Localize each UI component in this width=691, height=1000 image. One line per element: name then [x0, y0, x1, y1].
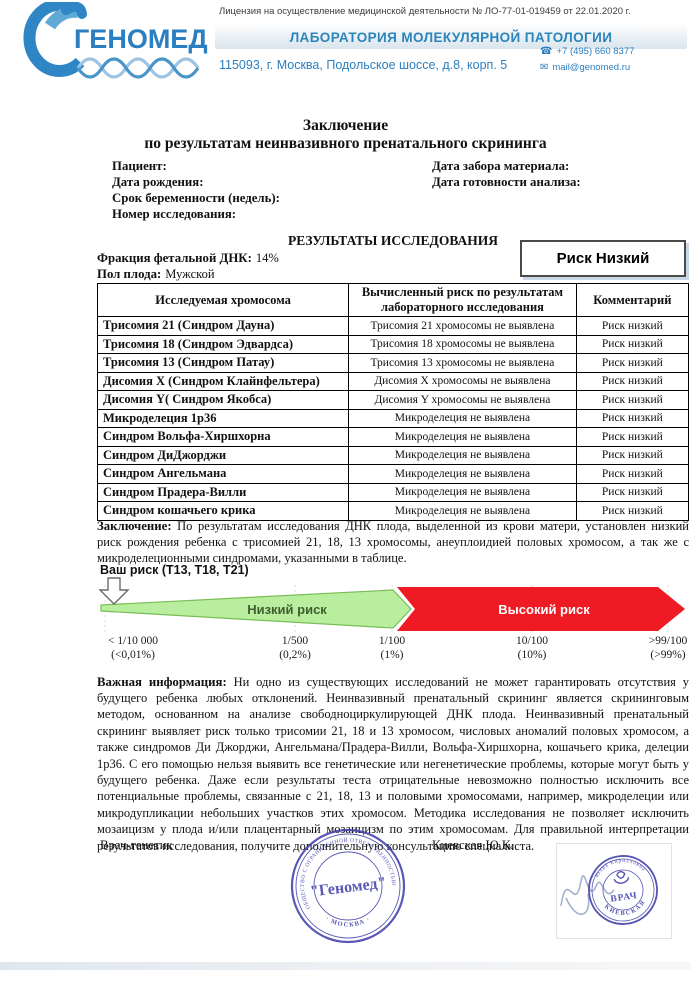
table-row: Микроделеция 1p36Микроделеция не выявлен… [98, 409, 689, 428]
cell-chromosome: Трисомия 21 (Синдром Дауна) [98, 317, 349, 336]
logo-graphic: ГЕНОМЕД [16, 2, 216, 90]
cell-risk: Микроделеция не выявлена [349, 483, 577, 502]
cell-comment: Риск низкий [576, 428, 688, 447]
cell-comment: Риск низкий [576, 409, 688, 428]
doctor-title: Врач-генетик [100, 838, 173, 853]
cell-chromosome: Синдром Вольфа-Хиршхорна [98, 428, 349, 447]
cell-comment: Риск низкий [576, 391, 688, 410]
cell-risk: Микроделеция не выявлена [349, 409, 577, 428]
tick-percent: (<0,01%) [108, 648, 158, 662]
cell-chromosome: Синдром ДиДжорджи [98, 446, 349, 465]
logo-text: ГЕНОМЕД [74, 24, 208, 54]
field-sample-date: Дата забора материала: [432, 159, 569, 174]
cell-risk: Дисомия Y хромосомы не выявлена [349, 391, 577, 410]
report-title-line2: по результатам неинвазивного пренатально… [0, 135, 691, 153]
company-round-stamp: ОБЩЕСТВО С ОГРАНИЧЕННОЙ ОТВЕТСТВЕННОСТЬЮ… [288, 826, 408, 946]
cell-risk: Микроделеция не выявлена [349, 428, 577, 447]
tick-percent: (10%) [516, 648, 548, 662]
table-row: Синдром АнгельманаМикроделеция не выявле… [98, 465, 689, 484]
contact-phone: ☎+7 (495) 660 8377 [540, 46, 634, 57]
cell-chromosome: Синдром Ангельмана [98, 465, 349, 484]
company-stamp-city-text: · МОСКВА · [324, 915, 372, 928]
cell-risk: Микроделеция не выявлена [349, 465, 577, 484]
cell-chromosome: Дисомия X (Синдром Клайнфельтера) [98, 372, 349, 391]
tick-ratio: 1/500 [279, 634, 311, 648]
cell-risk: Трисомия 18 хромосомы не выявлена [349, 335, 577, 354]
important-info-label: Важная информация: [97, 675, 227, 689]
table-row: Трисомия 21 (Синдром Дауна)Трисомия 21 х… [98, 317, 689, 336]
cell-comment: Риск низкий [576, 354, 688, 373]
tick-ratio: < 1/10 000 [108, 634, 158, 648]
low-risk-label: Низкий риск [247, 602, 327, 617]
dna-helix-icon [78, 59, 198, 77]
cell-comment: Риск низкий [576, 465, 688, 484]
doctor-stamp-frame: Юлия Кирилловна КИЕВСКАЯ ВРАЧ [556, 843, 672, 939]
tick-ratio: 1/100 [379, 634, 405, 648]
footer-bar [0, 962, 691, 970]
field-ready-date: Дата готовности анализа: [432, 175, 581, 190]
cell-chromosome: Трисомия 13 (Синдром Патау) [98, 354, 349, 373]
report-title-line1: Заключение [0, 117, 691, 135]
col-comment: Комментарий [576, 284, 688, 317]
field-gestation: Срок беременности (недель): [112, 191, 280, 206]
table-row: Дисомия X (Синдром Клайнфельтера)Дисомия… [98, 372, 689, 391]
fetal-sex-row: Пол плода: Мужской [97, 265, 215, 283]
risk-pointer-arrow-icon [97, 577, 131, 605]
col-chromosome: Исследуемая хромосома [98, 284, 349, 317]
risk-scale-ticks: < 1/10 000 (<0,01%) 1/500 (0,2%) 1/100 (… [97, 634, 689, 666]
cell-risk: Микроделеция не выявлена [349, 446, 577, 465]
tick-item: 10/100 (10%) [516, 634, 548, 662]
contact-email: ✉mail@genomed.ru [540, 62, 630, 73]
tick-item: >99/100 (>99%) [649, 634, 687, 662]
tick-item: 1/500 (0,2%) [279, 634, 311, 662]
cell-comment: Риск низкий [576, 317, 688, 336]
cell-risk: Трисомия 21 хромосомы не выявлена [349, 317, 577, 336]
conclusion-paragraph: Заключение: По результатам исследования … [97, 518, 689, 567]
col-computed-risk: Вычисленный риск по результатам лаборато… [349, 284, 577, 317]
field-birthdate: Дата рождения: [112, 175, 203, 190]
cell-chromosome: Дисомия Y( Синдром Якобса) [98, 391, 349, 410]
table-row: Синдром Прадера-ВиллиМикроделеция не выя… [98, 483, 689, 502]
cell-comment: Риск низкий [576, 372, 688, 391]
cell-chromosome: Микроделеция 1p36 [98, 409, 349, 428]
phone-icon: ☎ [540, 46, 552, 57]
document-page: ГЕНОМЕД Лицензия на осуществление медици… [0, 0, 691, 1000]
medical-bowl-icon [613, 871, 628, 884]
cell-risk: Трисомия 13 хромосомы не выявлена [349, 354, 577, 373]
lab-title: ЛАБОРАТОРИЯ МОЛЕКУЛЯРНОЙ ПАТОЛОГИИ [290, 30, 613, 45]
license-line: Лицензия на осуществление медицинской де… [219, 6, 687, 17]
field-patient: Пациент: [112, 159, 167, 174]
cell-chromosome: Синдром Прадера-Вилли [98, 483, 349, 502]
conclusion-label: Заключение: [97, 519, 172, 533]
conclusion-text: По результатам исследования ДНК плода, в… [97, 519, 689, 566]
tick-item: < 1/10 000 (<0,01%) [108, 634, 158, 662]
table-row: Трисомия 13 (Синдром Патау)Трисомия 13 х… [98, 354, 689, 373]
tick-ratio: >99/100 [649, 634, 687, 648]
table-row: Синдром Вольфа-ХиршхорнаМикроделеция не … [98, 428, 689, 447]
tick-item: 1/100 (1%) [379, 634, 405, 662]
high-risk-label: Высокий риск [498, 602, 590, 617]
fetal-sex-value: Мужской [165, 267, 214, 281]
tick-ratio: 10/100 [516, 634, 548, 648]
table-row: Синдром ДиДжорджиМикроделеция не выявлен… [98, 446, 689, 465]
table-row: Дисомия Y( Синдром Якобса)Дисомия Y хром… [98, 391, 689, 410]
fetal-sex-label: Пол плода: [97, 267, 161, 281]
field-study-number: Номер исследования: [112, 207, 236, 222]
email-address: mail@genomed.ru [552, 62, 630, 73]
table-row: Трисомия 18 (Синдром Эдвардса)Трисомия 1… [98, 335, 689, 354]
tick-percent: (>99%) [649, 648, 687, 662]
envelope-icon: ✉ [540, 62, 548, 73]
fetal-dna-label: Фракция фетальной ДНК: [97, 251, 252, 265]
tick-percent: (1%) [379, 648, 405, 662]
phone-number: +7 (495) 660 8377 [556, 46, 634, 57]
tick-percent: (0,2%) [279, 648, 311, 662]
doctor-stamp-center-text: ВРАЧ [610, 891, 638, 905]
cell-risk: Дисомия X хромосомы не выявлена [349, 372, 577, 391]
cell-comment: Риск низкий [576, 335, 688, 354]
cell-chromosome: Трисомия 18 (Синдром Эдвардса) [98, 335, 349, 354]
genomed-logo: ГЕНОМЕД [16, 2, 216, 90]
svg-text:· МОСКВА ·: · МОСКВА · [324, 915, 372, 928]
doctor-name: Киевская Ю.К. [432, 838, 514, 853]
table-header-row: Исследуемая хромосома Вычисленный риск п… [98, 284, 689, 317]
cell-comment: Риск низкий [576, 446, 688, 465]
risk-status-badge: Риск Низкий [520, 240, 686, 277]
results-table: Исследуемая хромосома Вычисленный риск п… [97, 283, 689, 521]
doctor-stamp-top-text: Юлия Кирилловна [592, 855, 647, 880]
fetal-dna-value: 14% [256, 251, 279, 265]
address-line: 115093, г. Москва, Подольское шоссе, д.8… [219, 58, 507, 72]
company-stamp-center-text: "Геномед" [309, 874, 387, 900]
your-risk-title: Ваш риск (Т13, Т18, Т21) [100, 563, 249, 577]
cell-comment: Риск низкий [576, 483, 688, 502]
risk-scale-diagram: Низкий риск Высокий риск [97, 584, 687, 634]
doctor-personal-stamp: Юлия Кирилловна КИЕВСКАЯ ВРАЧ [557, 844, 671, 938]
svg-text:Юлия Кирилловна: Юлия Кирилловна [592, 855, 647, 880]
